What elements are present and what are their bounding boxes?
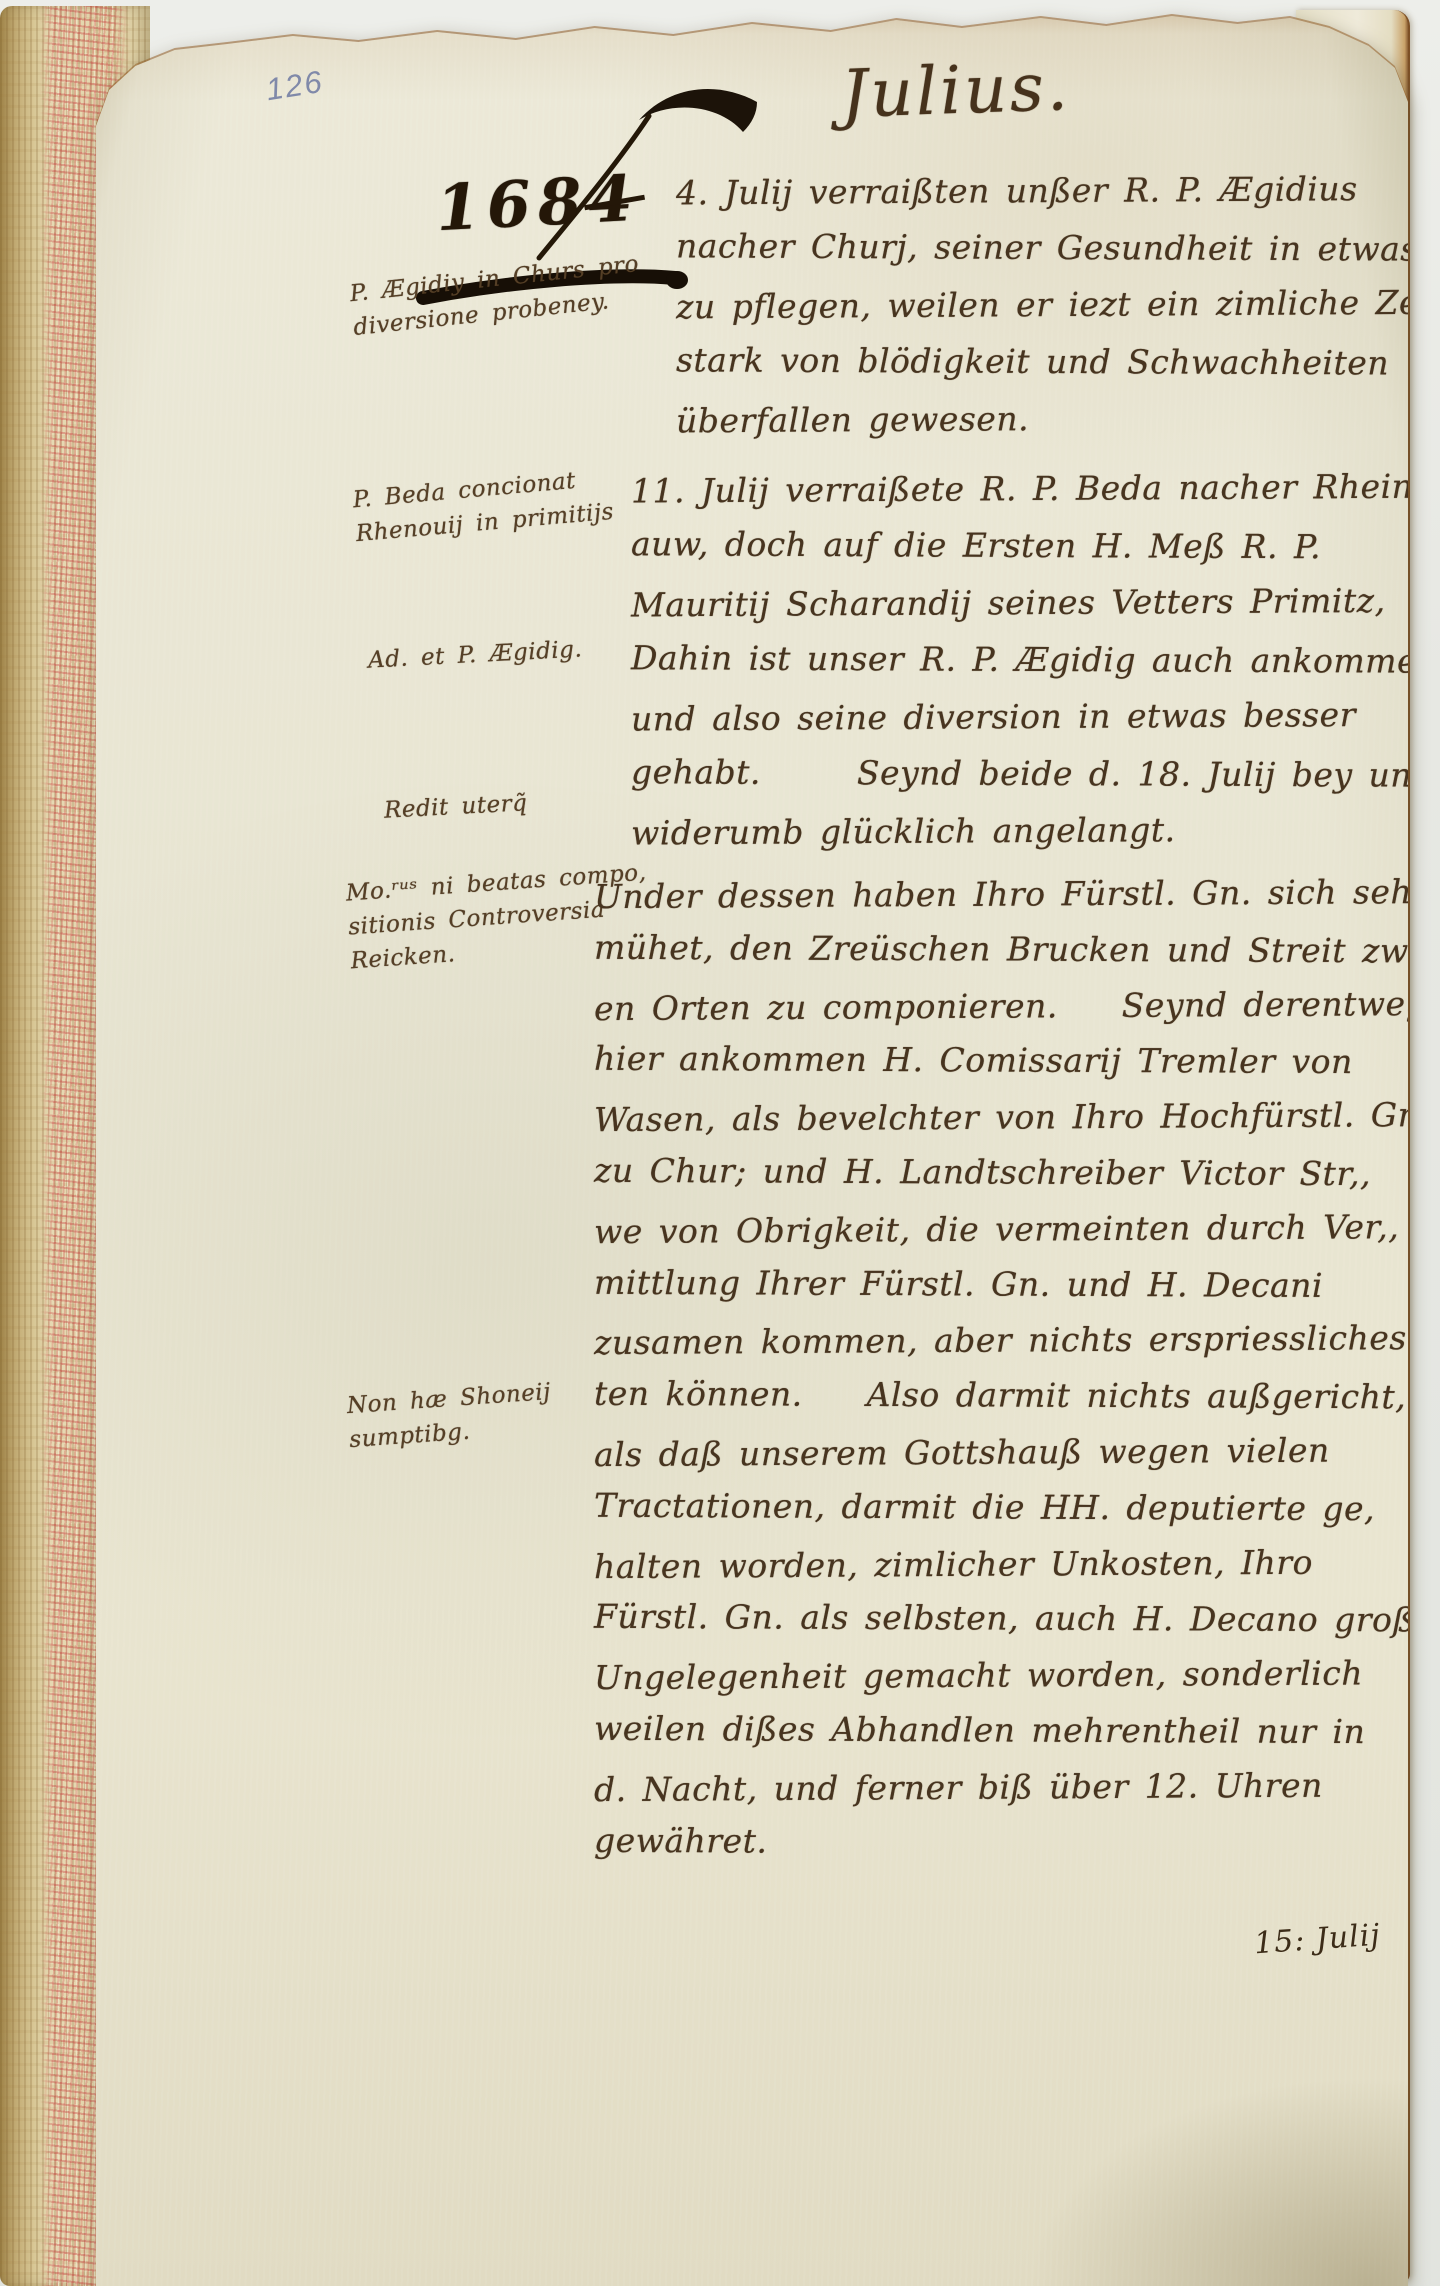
handwritten-line: we von Obrigkeit, die vermeinten durch V… [594,1198,1440,1260]
handwritten-line: stark von blödigkeit und Schwachheiten [676,331,1440,391]
year-last-digit: 4 [587,161,642,238]
handwritten-line: überfallen gewesen. [676,388,1440,450]
handwritten-line: weilen dißes Abhandlen mehrentheil nur i… [594,1701,1440,1761]
handwritten-line: gehabt. Seynd beide d. 18. Julij bey uns [631,743,1440,804]
month-header: Julius. [840,48,1072,133]
year-heading: 1684 [434,161,641,246]
handwritten-line: mühet, den Zreüschen Brucken und Streit … [594,920,1440,980]
handwritten-line: 11. Julij verraißete R. P. Beda nacher R… [631,457,1440,519]
entry-11-julij: 11. Julij verraißete R. P. Beda nacher R… [631,460,1440,859]
handwritten-line: Redit uterq̃ [383,786,528,827]
handwritten-line: Fürstl. Gn. als selbsten, auch H. Decano… [594,1589,1440,1649]
handwritten-line: en Orten zu componieren. Seynd derentweg… [594,974,1440,1036]
entry-bridge-controversy: Under dessen haben Ihro Fürstl. Gn. sich… [594,866,1440,1870]
handwritten-line: zu Chur; und H. Landtschreiber Victor St… [594,1143,1440,1203]
handwritten-line: widerumb glücklich angelangt. [631,799,1440,861]
handwritten-line: Mauritij Scharandij seines Vetters Primi… [631,571,1440,633]
page-shadow-wrap: 126 Julius. 1684 P. Ægidiy in Churs prod… [96,6,1408,2286]
handwritten-line: Ungelegenheit gemacht worden, sonderlich [594,1644,1440,1706]
handwritten-line: halten worden, zimlicher Unkosten, Ihro [594,1532,1440,1594]
handwritten-line: hier ankommen H. Comissarij Tremler von [594,1031,1440,1091]
margin-note-beda-concionat: P. Beda concionatRhenouij in primitijs [352,461,616,551]
manuscript-page: 126 Julius. 1684 P. Ægidiy in Churs prod… [96,6,1408,2286]
margin-note-egidius-chur: P. Ægidiy in Churs prodiversione probene… [348,247,644,345]
handwritten-line: zusamen kommen, aber nichts erspriesslic… [594,1309,1440,1371]
handwritten-line: zu pflegen, weilen er iezt ein zimliche … [676,274,1440,336]
handwritten-line: auw, doch auf die Ersten H. Meß R. P. [631,515,1440,576]
handwritten-line: Wasen, als bevelchter von Ihro Hochfürst… [594,1086,1440,1148]
footer-date: 15: Julij [1253,1918,1382,1962]
handwritten-line: 4. Julij verraißten unßer R. P. Ægidius [676,160,1440,222]
handwritten-line: Tractationen, darmit die HH. deputierte … [594,1478,1440,1538]
entry-4-julij: 4. Julij verraißten unßer R. P. Ægidiusn… [676,162,1440,447]
margin-note-ad-et-p-egidig: Ad. et P. Ægidig. [367,632,583,677]
margin-note-sumptibus: Non hæ Shoneijsumptibg. [346,1375,554,1457]
photograph-of-manuscript: 126 Julius. 1684 P. Ægidiy in Churs prod… [0,0,1440,2286]
handwritten-line: und also seine diversion in etwas besser [631,685,1440,747]
handwritten-line: nacher Churj, seiner Gesundheit in etwas [676,217,1440,277]
handwritten-line: mittlung Ihrer Fürstl. Gn. und H. Decani [594,1254,1440,1314]
handwritten-line: Under dessen haben Ihro Fürstl. Gn. sich… [594,863,1440,925]
handwritten-line: ten können. Also darmit nichts außgerich… [594,1366,1440,1426]
handwritten-line: als daß unserem Gottshauß wegen vielen [594,1421,1440,1483]
handwritten-line: gewähret. [594,1812,1440,1872]
handwritten-line: d. Nacht, und ferner biß über 12. Uhren [594,1756,1440,1818]
handwritten-line: Ad. et P. Ægidig. [367,632,583,677]
folio-number: 126 [264,64,327,109]
handwritten-line: Dahin ist unser R. P. Ægidig auch ankomm… [631,629,1440,690]
margin-note-redit-uterque: Redit uterq̃ [383,786,528,827]
